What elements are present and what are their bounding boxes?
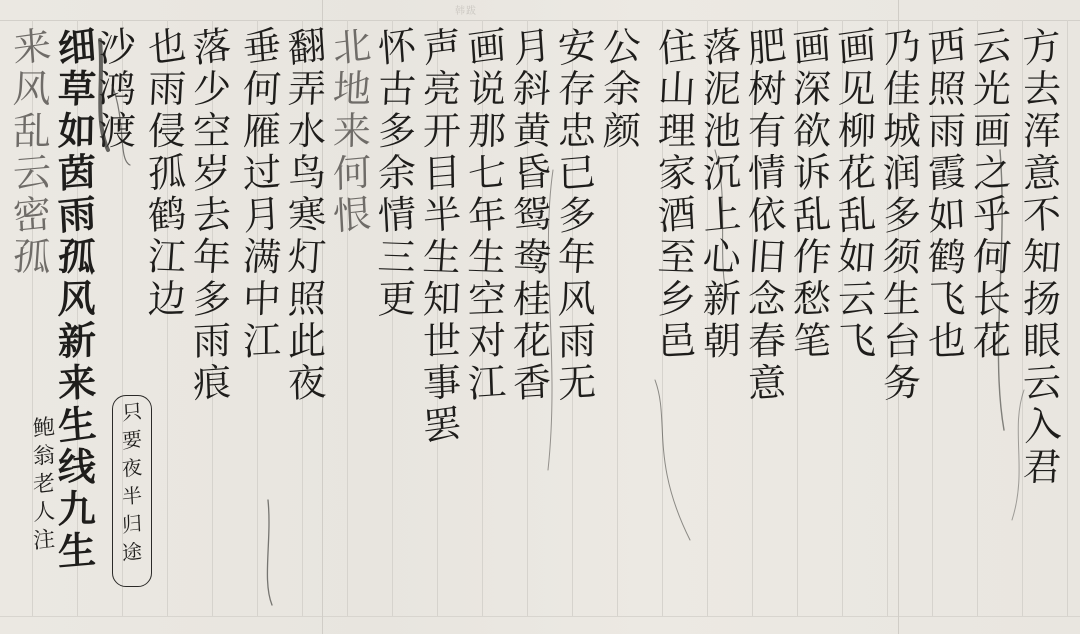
ink-flourishes <box>0 0 1080 634</box>
calligraphy-scroll: 韩跋 来风乱云密孤细草如茵雨孤风新来生线九生沙鸿渡也雨侵孤鹤江边落少空岁去年多雨… <box>0 0 1080 634</box>
